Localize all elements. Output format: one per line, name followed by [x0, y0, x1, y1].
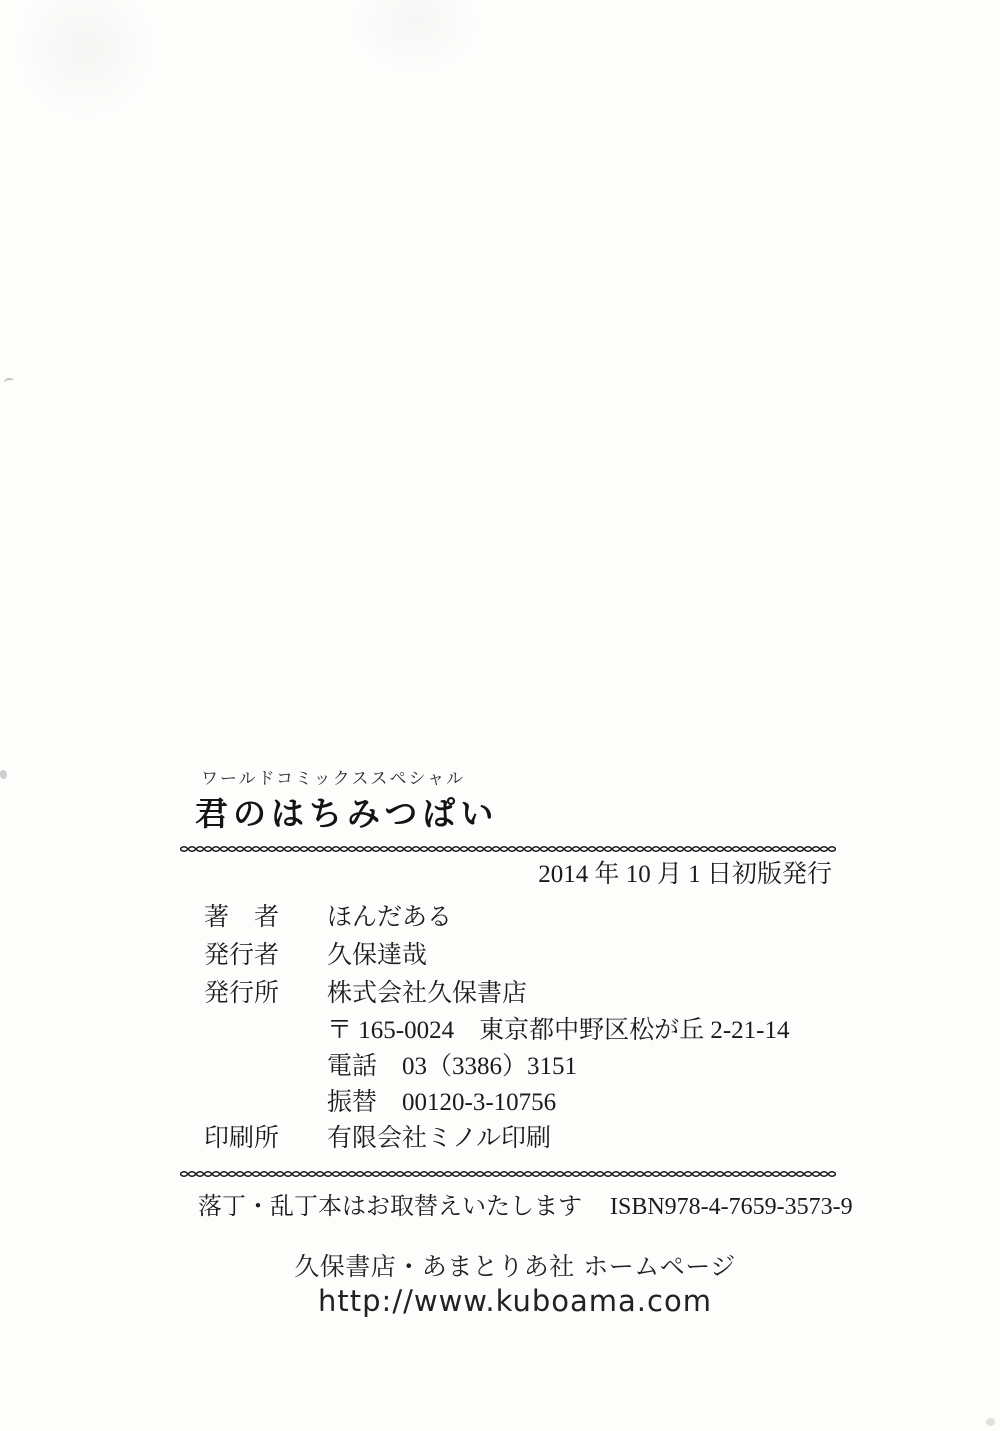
homepage-url: http://www.kuboama.com — [180, 1284, 850, 1318]
scan-speck — [3, 377, 14, 387]
colophon-row-label: 著 者 — [204, 903, 327, 932]
colophon-row-address: 〒 165-0024 東京都中野区松が丘 2-21-14 — [204, 1016, 844, 1045]
isbn: ISBN978-4-7659-3573-9 — [610, 1193, 853, 1221]
edition-date: 2014 年 10 月 1 日初版発行 — [180, 860, 832, 890]
series-label: ワールドコミックススペシャル — [201, 769, 465, 790]
book-title: 君のはちみつぱい — [195, 796, 498, 834]
colophon-row-author: 著 者ほんだある — [204, 903, 844, 932]
decorative-rope-rule-top — [180, 842, 836, 854]
colophon-row-postal-transfer: 振替 00120-3-10756 — [204, 1088, 844, 1117]
colophon-row-value: 有限会社ミノル印刷 — [327, 1124, 551, 1153]
colophon-row-publishing-house: 発行所株式会社久保書店 — [204, 979, 844, 1008]
colophon-row-label: 印刷所 — [204, 1124, 327, 1153]
colophon-row-value: 株式会社久保書店 — [327, 979, 527, 1008]
colophon-row-value: 久保達哉 — [327, 941, 427, 970]
rope-pattern-graphic — [180, 1168, 836, 1180]
colophon-row-publisher-person: 発行者久保達哉 — [204, 941, 844, 970]
scan-speck — [0, 770, 7, 779]
colophon-row-phone: 電話 03（3386）3151 — [204, 1052, 844, 1081]
colophon-row-printer: 印刷所有限会社ミノル印刷 — [204, 1124, 844, 1153]
colophon-row-label: 発行者 — [204, 941, 327, 970]
colophon-row-value: 振替 00120-3-10756 — [327, 1088, 556, 1117]
scan-smudge — [15, 0, 155, 120]
colophon-row-value: 〒 165-0024 東京都中野区松が丘 2-21-14 — [327, 1016, 789, 1045]
scan-speck — [986, 1418, 995, 1426]
defect-replacement-notice: 落丁・乱丁本はお取替えいたします — [198, 1193, 582, 1221]
colophon-page: ワールドコミックススペシャル 君のはちみつぱい 2014 年 10 月 1 日初… — [0, 0, 1000, 1431]
decorative-rope-rule-bottom — [180, 1167, 836, 1179]
homepage-block: 久保書店・あまとりあ社 ホームページ http://www.kuboama.co… — [180, 1252, 850, 1318]
colophon-row-label: 発行所 — [204, 979, 327, 1008]
colophon-row-value: 電話 03（3386）3151 — [327, 1052, 577, 1081]
homepage-label: 久保書店・あまとりあ社 ホームページ — [180, 1252, 850, 1282]
rope-pattern-graphic — [180, 843, 836, 855]
scan-smudge — [350, 0, 480, 75]
colophon-row-value: ほんだある — [327, 903, 452, 932]
